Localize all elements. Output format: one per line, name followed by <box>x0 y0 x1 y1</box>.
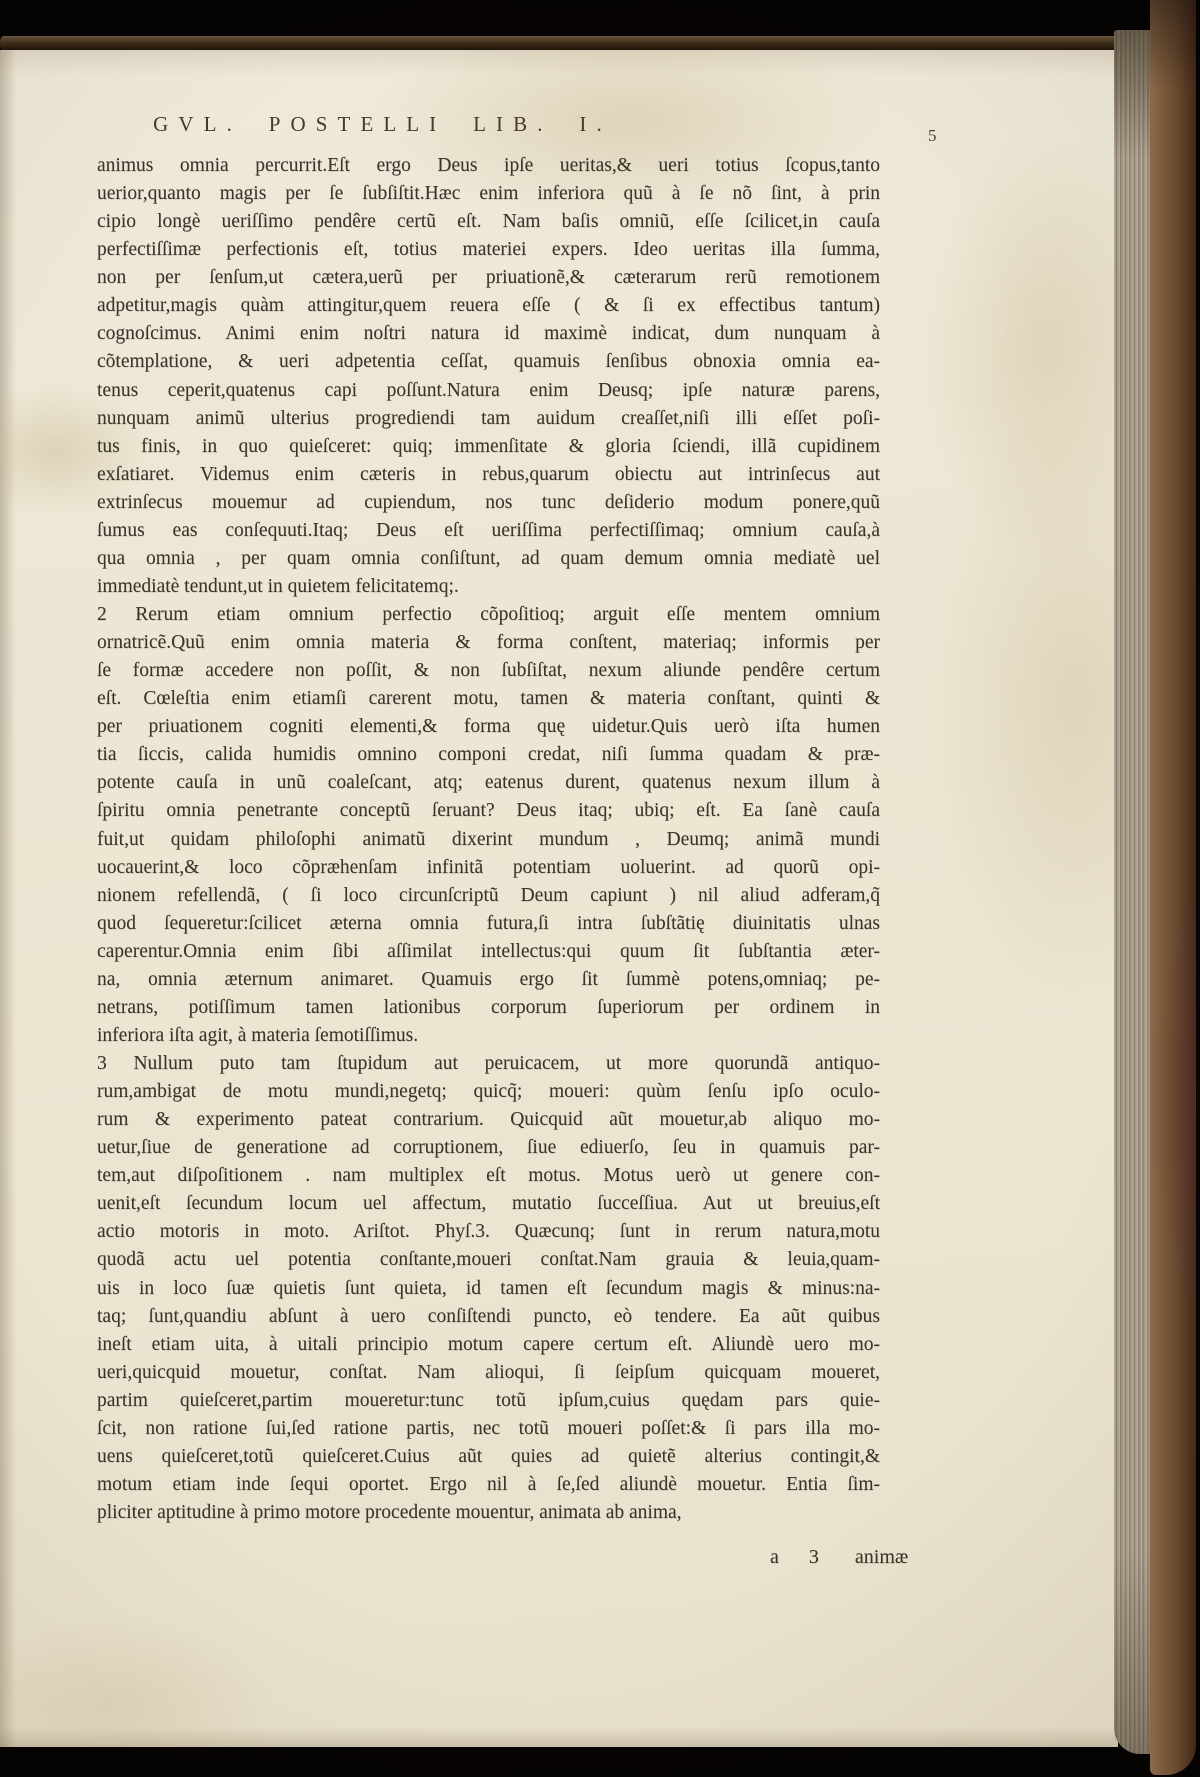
text-line: uis in loco ſuæ quietis ſunt quieta, id … <box>97 1275 880 1303</box>
text-line: uens quieſceret,totũ quieſceret.Cuius aũ… <box>97 1443 880 1471</box>
text-line: tia ſiccis, calida humidis omnino compon… <box>97 741 880 769</box>
text-line: ueri,quicquid mouetur, conſtat. Nam alio… <box>97 1359 880 1387</box>
text-line: uerior,quanto magis per ſe ſubſiſtit.Hæc… <box>97 180 880 208</box>
text-line: quod ſequeretur:ſcilicet æterna omnia fu… <box>97 910 880 938</box>
text-line: exſatiaret. Videmus enim cæteris in rebu… <box>97 461 880 489</box>
text-line: non per ſenſum,ut cætera,uerũ per priuat… <box>97 264 880 292</box>
text-line: ſe formæ accedere non poſſit, & non ſubſ… <box>97 657 880 685</box>
text-line: nionem refellendã, ( ſi loco circunſcrip… <box>97 882 880 910</box>
text-line: adpetitur,magis quàm attingitur,quem reu… <box>97 292 880 320</box>
catchword: animæ <box>855 1546 908 1568</box>
text-line: potente cauſa in unũ coaleſcant, atq; ea… <box>97 769 880 797</box>
book-cover-edge <box>1150 0 1196 1775</box>
text-line: 2 Rerum etiam omnium perfectio cõpoſitio… <box>97 601 880 629</box>
book-photo: GVL. POSTELLI LIB. I. 5 animus omnia per… <box>0 0 1200 1777</box>
text-line: uenit,eſt ſecundum locum uel affectum, m… <box>97 1190 880 1218</box>
text-line: pliciter aptitudine à primo motore proce… <box>97 1499 880 1527</box>
text-line: tenus ceperit,quatenus capi poſſunt.Natu… <box>97 377 880 405</box>
signature-line: a3animæ <box>770 1546 908 1569</box>
text-line: cipio longè ueriſſimo pendêre certũ eſt.… <box>97 208 880 236</box>
page-text: animus omnia percurrit.Eſt ergo Deus ipſ… <box>97 152 880 1527</box>
signature-letter: a <box>770 1546 779 1568</box>
text-line: ſpiritu omnia penetrante conceptũ ſeruan… <box>97 797 880 825</box>
text-line: na, omnia æternum animaret. Quamuis ergo… <box>97 966 880 994</box>
text-line: ornatricẽ.Quũ enim omnia materia & forma… <box>97 629 880 657</box>
text-line: perfectiſſimæ perfectionis eſt, totius m… <box>97 236 880 264</box>
text-line: tus finis, in quo quieſceret: quiq; imme… <box>97 433 880 461</box>
text-line: actio motoris in moto. Ariſtot. Phyſ.3. … <box>97 1218 880 1246</box>
text-line: ſumus eas conſequuti.Itaq; Deus eſt ueri… <box>97 517 880 545</box>
text-line: nunquam animũ ulterius progrediendi tam … <box>97 405 880 433</box>
text-line: cõtemplatione, & ueri adpetentia ceſſat,… <box>97 348 880 376</box>
text-line: taq; ſunt,quandiu abſunt à uero conſiſte… <box>97 1303 880 1331</box>
book-top-edge <box>0 36 1148 51</box>
text-line: immediatè tendunt,ut in quietem felicita… <box>97 573 880 601</box>
text-line: caperentur.Omnia enim ſibi aſſimilat int… <box>97 938 880 966</box>
text-line: per priuationem cogniti elementi,& forma… <box>97 713 880 741</box>
text-line: ineſt etiam uita, à uitali principio mot… <box>97 1331 880 1359</box>
text-line: motum etiam inde ſequi oportet. Ergo nil… <box>97 1471 880 1499</box>
text-line: ſcit, non ratione ſui,ſed ratione partis… <box>97 1415 880 1443</box>
page-edges-stack <box>1114 30 1152 1754</box>
text-line: partim quieſceret,partim moueretur:tunc … <box>97 1387 880 1415</box>
text-line: eſt. Cœleſtia enim etiamſi carerent motu… <box>97 685 880 713</box>
text-line: 3 Nullum puto tam ſtupidum aut peruicace… <box>97 1050 880 1078</box>
text-line: fuit,ut quidam philoſophi animatũ dixeri… <box>97 826 880 854</box>
text-line: cognoſcimus. Animi enim noſtri natura id… <box>97 320 880 348</box>
text-line: extrinſecus mouemur ad cupiendum, nos tu… <box>97 489 880 517</box>
text-line: qua omnia , per quam omnia conſiſtunt, a… <box>97 545 880 573</box>
signature-number: 3 <box>809 1546 819 1568</box>
text-line: tem,aut diſpoſitionem . nam multiplex eſ… <box>97 1162 880 1190</box>
text-line: netrans, potiſſimum tamen lationibus cor… <box>97 994 880 1022</box>
page-number: 5 <box>928 126 937 146</box>
text-line: quodã actu uel potentia conſtante,moueri… <box>97 1246 880 1274</box>
text-line: uetur,ſiue de generatione ad corruptione… <box>97 1134 880 1162</box>
text-line: uocauerint,& loco cõpræhenſam infinitã p… <box>97 854 880 882</box>
running-header: GVL. POSTELLI LIB. I. <box>100 112 665 137</box>
text-line: animus omnia percurrit.Eſt ergo Deus ipſ… <box>97 152 880 180</box>
text-line: rum & experimento pateat contrarium. Qui… <box>97 1106 880 1134</box>
text-line: rum,ambigat de motu mundi,negetq; quicq̃… <box>97 1078 880 1106</box>
text-line: inferiora iſta agit, à materia ſemotiſſi… <box>97 1022 880 1050</box>
